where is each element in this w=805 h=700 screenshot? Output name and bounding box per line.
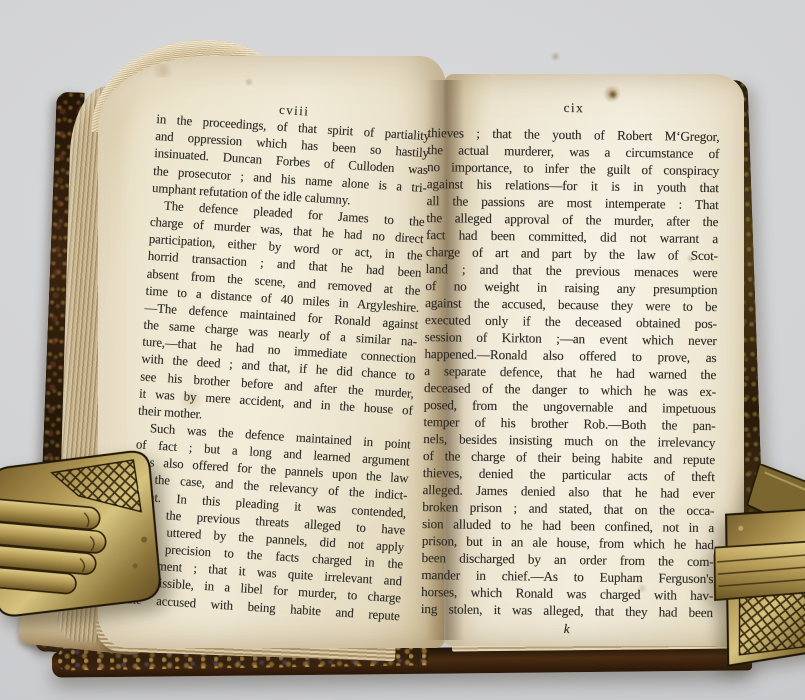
right-page-text: cix thieves ; that the youth of Robert M…: [420, 97, 719, 639]
left-page-lines: in the proceedings, of that spirit of pa…: [126, 111, 431, 625]
brass-hand-page-weight: [0, 447, 169, 625]
left-page-text: cviii in the proceedings, of that spirit…: [126, 94, 432, 625]
right-page-lines: thieves ; that the youth of Robert M‘Gre…: [421, 124, 720, 621]
right-page-number: cix: [428, 97, 720, 118]
foxing-spot: [550, 52, 561, 61]
photo-backdrop: cviii in the proceedings, of that spirit…: [0, 0, 805, 700]
